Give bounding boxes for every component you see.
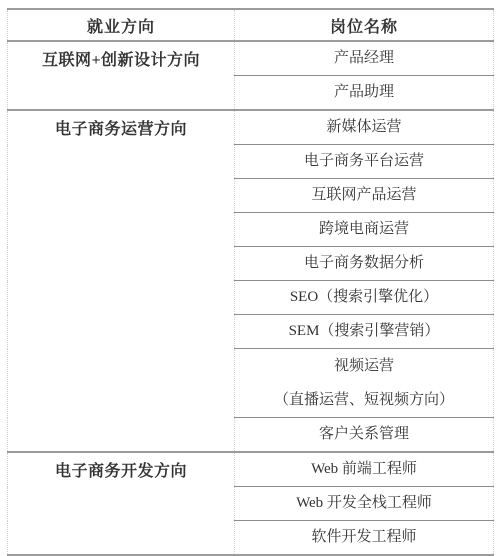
position-label: 电子商务数据分析 xyxy=(235,247,493,280)
position-cell: Web 开发全栈工程师 xyxy=(235,487,494,521)
direction-cell: 互联网+创新设计方向 xyxy=(8,41,235,110)
table-header: 就业方向 岗位名称 xyxy=(8,9,494,41)
direction-cell: 电子商务开发方向 xyxy=(8,452,235,555)
position-cell: 新媒体运营 xyxy=(235,110,494,145)
position-label: 电子商务平台运营 xyxy=(235,145,493,178)
position-label: 软件开发工程师 xyxy=(235,521,493,554)
position-cell: SEM（搜索引擎营销） xyxy=(235,315,494,349)
position-cell: 产品经理 xyxy=(235,41,494,76)
employment-positions-table: 就业方向 岗位名称 互联网+创新设计方向产品经理产品助理电子商务运营方向新媒体运… xyxy=(7,8,494,556)
position-cell: 电子商务数据分析 xyxy=(235,247,494,281)
position-cell: 电子商务平台运营 xyxy=(235,145,494,179)
position-label: SEM（搜索引擎营销） xyxy=(235,315,493,348)
direction-label: 互联网+创新设计方向 xyxy=(8,42,234,75)
position-cell: 视频运营（直播运营、短视频方向） xyxy=(235,349,494,418)
position-cell: 跨境电商运营 xyxy=(235,213,494,247)
position-label: 产品助理 xyxy=(235,76,493,109)
table-row: 电子商务运营方向新媒体运营 xyxy=(8,110,494,145)
table-body: 互联网+创新设计方向产品经理产品助理电子商务运营方向新媒体运营电子商务平台运营互… xyxy=(8,41,494,555)
position-label: SEO（搜索引擎优化） xyxy=(235,281,493,314)
position-label: Web 前端工程师 xyxy=(235,453,493,486)
position-cell: 互联网产品运营 xyxy=(235,179,494,213)
direction-label: 电子商务运营方向 xyxy=(8,111,234,144)
position-label: 新媒体运营 xyxy=(235,111,493,144)
position-label: 产品经理 xyxy=(235,42,493,75)
direction-label: 电子商务开发方向 xyxy=(8,453,234,486)
position-cell: Web 前端工程师 xyxy=(235,452,494,487)
column-header-direction: 就业方向 xyxy=(8,9,235,41)
position-label: 互联网产品运营 xyxy=(235,179,493,212)
position-cell: 软件开发工程师 xyxy=(235,521,494,556)
position-cell: 客户关系管理 xyxy=(235,418,494,453)
position-label: Web 开发全栈工程师 xyxy=(235,487,493,520)
position-cell: SEO（搜索引擎优化） xyxy=(235,281,494,315)
table-row: 电子商务开发方向Web 前端工程师 xyxy=(8,452,494,487)
direction-cell: 电子商务运营方向 xyxy=(8,110,235,452)
position-cell: 产品助理 xyxy=(235,76,494,111)
position-label: 跨境电商运营 xyxy=(235,213,493,246)
position-label: 视频运营 xyxy=(235,349,493,383)
header-row: 就业方向 岗位名称 xyxy=(8,9,494,41)
position-label: （直播运营、短视频方向） xyxy=(235,383,493,417)
column-header-position: 岗位名称 xyxy=(235,9,494,41)
table-row: 互联网+创新设计方向产品经理 xyxy=(8,41,494,76)
position-label: 客户关系管理 xyxy=(235,418,493,451)
